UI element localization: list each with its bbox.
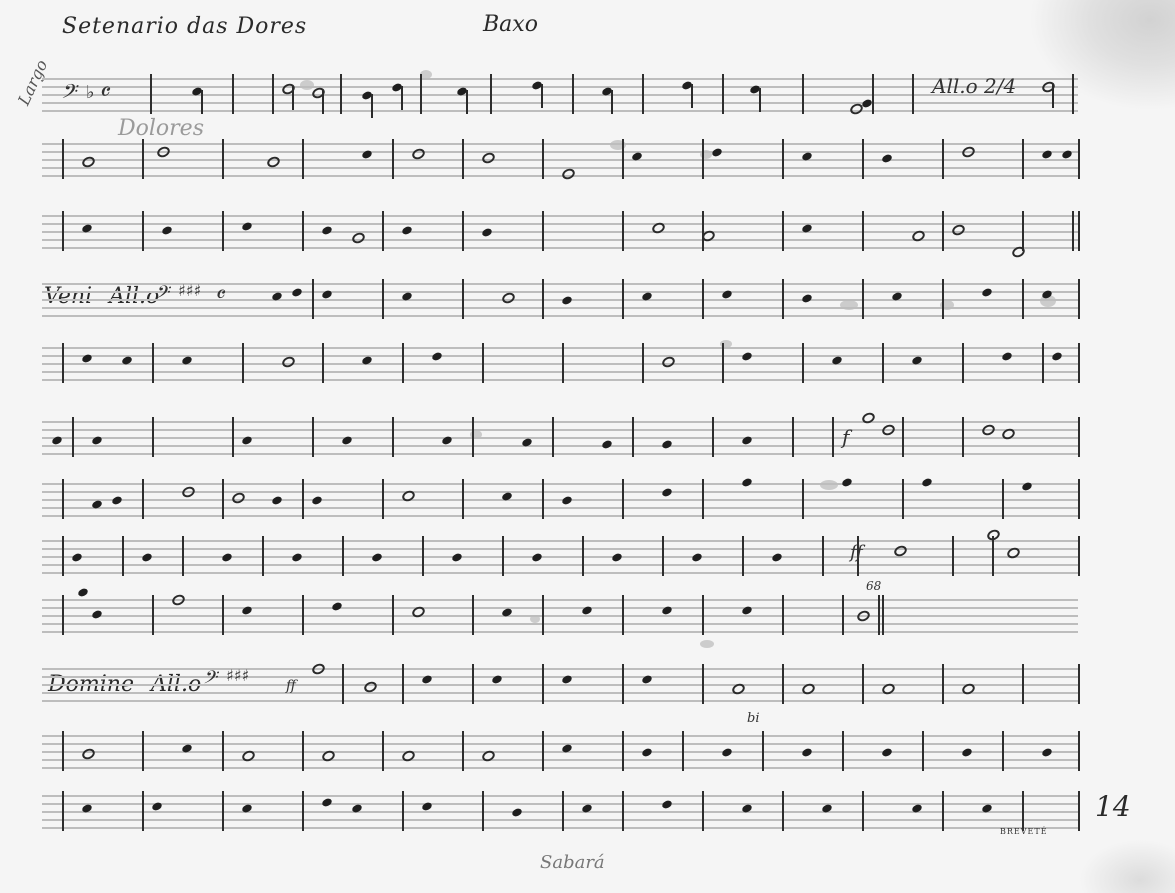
common-time: 𝄴 [214,283,224,308]
staff-6: f [42,421,1078,453]
staff-4: 𝄢 ♯♯♯ 𝄴 [42,283,1078,315]
title: Setenario das Dores [62,14,307,39]
staff-8: ff [42,540,1078,572]
staff-7 [42,483,1078,515]
flat-key-signature: ♭ [86,82,95,103]
staff-5 [42,347,1078,379]
staff-10: 𝄢 ♯♯♯ ff [42,668,1078,700]
dynamic-fortissimo: ff [850,542,863,563]
staff-11: bi [42,735,1078,767]
staff-12 [42,795,1078,827]
stain [700,640,714,648]
staff-3 [42,215,1078,247]
bass-clef: 𝄢 [60,80,75,108]
staff-1: 𝄢 ♭ 𝄴 All.o 2/4 [42,78,1078,110]
staff-9: 68 [42,599,1078,631]
page-number: 14 [1095,790,1131,823]
subtitle-dolores: Dolores [118,116,204,141]
signature-sabara: Sabará [540,852,605,873]
bass-clef: 𝄢 [154,283,168,308]
manuscript-page: Setenario das Dores Baxo Largo Dolores 𝄢… [0,0,1175,893]
bass-clef: 𝄢 [202,668,216,693]
part-name: Baxo [483,12,538,37]
tempo-allegro-2-4: All.o 2/4 [932,74,1016,98]
common-time: 𝄴 [98,78,109,106]
measure-number-68: 68 [866,579,881,593]
sharp-key-signature: ♯♯♯ [178,281,201,300]
printer-mark-brevete: BREVETÉ [1000,827,1048,836]
staff-2 [42,143,1078,175]
ornament-bi: bi [747,711,759,726]
dynamic-forte: f [842,425,849,449]
dynamic-fortissimo: ff [286,678,296,694]
sharp-key-signature: ♯♯♯ [226,666,249,685]
